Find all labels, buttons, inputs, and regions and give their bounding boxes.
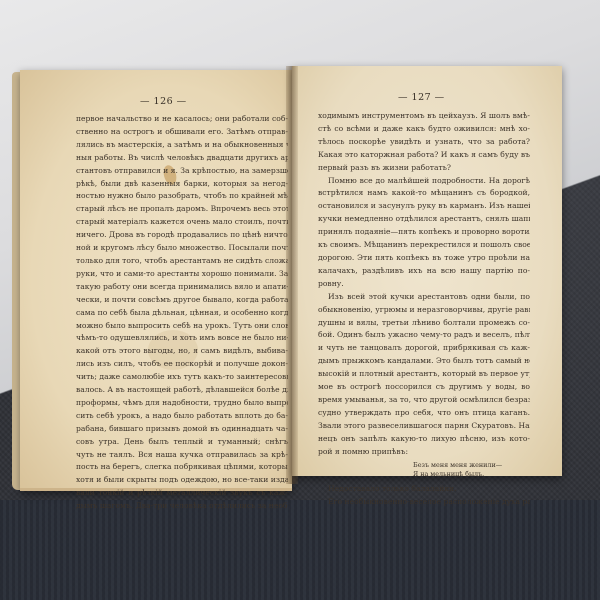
text-line: чить; даже самолюбіе ихъ тутъ какъ-то за… bbox=[76, 371, 288, 384]
page-number-left: — 126 — bbox=[140, 96, 187, 107]
text-line: совъ утра. День былъ теплый и туманный; … bbox=[76, 436, 288, 449]
text-line: ностью нужно было разобрать, чтобъ по кр… bbox=[76, 190, 288, 203]
text-line: рѣкѣ, были двѣ казенныя барки, которыя з… bbox=[76, 178, 288, 191]
text-line: чески, и почти совсѣмъ другое бывало, ко… bbox=[76, 294, 288, 307]
text-line: рой я помню припѣвъ: bbox=[318, 446, 530, 459]
text-line: обыкновенію, угрюмы и неразговорчивы, др… bbox=[318, 304, 530, 317]
text-line: старый матеріалъ кажется очень мало стои… bbox=[76, 216, 288, 229]
text-line: остановился и засунулъ руку въ карманъ. … bbox=[318, 200, 530, 213]
text-line: лялись въ мастерскія, а затѣмъ и на обык… bbox=[76, 139, 288, 152]
page-number-right: — 127 — bbox=[398, 92, 445, 103]
text-line: рабана, бившаго призывъ домой въ одиннад… bbox=[76, 423, 288, 436]
text-line: Изъ всей этой кучки арестантовъ одни был… bbox=[318, 291, 530, 304]
text-line: первый разъ въ жизни работать? bbox=[318, 162, 530, 175]
text-line: старый лѣсъ не пропалъ даромъ. Впрочемъ … bbox=[76, 203, 288, 216]
verse-line: Я на мельницѣ былъ. bbox=[318, 470, 530, 479]
text-line: Какая это каторжная работа? И какъ я сам… bbox=[318, 149, 530, 162]
text-line: какой отъ этого выгоды, но, я самъ видѣл… bbox=[76, 345, 288, 358]
text-line: чѣмъ-то одушевлялись, и хоть имъ вовсе н… bbox=[76, 332, 288, 345]
text-line: можно было выпросить себѣ на урокъ. Тутъ… bbox=[76, 320, 288, 333]
text-line: стѣ со всѣми и даже какъ будто оживился:… bbox=[318, 123, 530, 136]
book-spine-gutter bbox=[286, 66, 298, 484]
text-line: сама по себѣ была дѣльная, цѣнная, и осо… bbox=[76, 307, 288, 320]
text-line: и чуть не танцовалъ дорогой, прибрякивая… bbox=[318, 342, 530, 355]
text-line: руки, что и сами-то арестанты хорошо пон… bbox=[76, 268, 288, 281]
text-line: душны и вялы, третьи лѣниво болтали пром… bbox=[318, 317, 530, 330]
text-line: принялъ подаяніе—пять копѣекъ и проворно… bbox=[318, 226, 530, 239]
leather-foreground bbox=[0, 500, 600, 600]
text-line: пость на берегъ, слегка побрякивая цѣпям… bbox=[76, 461, 288, 474]
text-line: ходимымъ инструментомъ въ цейхаузъ. Я шо… bbox=[318, 110, 530, 123]
text-line: дымъ шагомъ. Два-три человѣка отдѣлились… bbox=[76, 500, 288, 513]
right-page: — 127 — ходимымъ инструментомъ въ цейхау… bbox=[292, 66, 562, 476]
text-line: мое въ острогѣ поссорился съ другимъ у в… bbox=[318, 381, 530, 394]
text-line: ной и кругомъ лѣсу было множество. Посыл… bbox=[76, 242, 288, 255]
text-line: стантовъ отправился и я. За крѣпостью, н… bbox=[76, 165, 288, 178]
verse-line: Безъ меня меня женили— bbox=[318, 461, 530, 470]
text-line: чуть не таялъ. Вся наша кучка отправилас… bbox=[76, 449, 288, 462]
text-line: тѣлось поскорѣе увидѣть и узнать, что за… bbox=[318, 136, 530, 149]
text-line: первое начальство и не касалось; они раб… bbox=[76, 113, 288, 126]
text-line: ственно на острогъ и обшивали его. Затѣм… bbox=[76, 126, 288, 139]
text-line: сить себѣ урокъ, а надо было работать вп… bbox=[76, 410, 288, 423]
text-line: дорогою. Эти пять копѣекъ въ тоже утро п… bbox=[318, 252, 530, 265]
text-line: судно утверждать про себя, что онъ птица… bbox=[318, 407, 530, 420]
text-line: къ своимъ. Мѣщанинъ перекрестился и пошо… bbox=[318, 239, 530, 252]
text-line: ровну. bbox=[318, 278, 530, 291]
left-page: — 126 — первое начальство и не касалось;… bbox=[20, 70, 292, 491]
text-line: Звали этого развеселившагося парня Скура… bbox=[318, 420, 530, 433]
text-line: Помню все до малѣйшей подробности. На до… bbox=[318, 175, 530, 188]
right-page-text: ходимымъ инструментомъ въ цейхаузъ. Я шо… bbox=[318, 110, 530, 509]
text-line: лись изъ силъ, чтобъ ее поскорѣй и получ… bbox=[76, 358, 288, 371]
text-line: дымъ прыжкомъ кандалами. Это былъ тотъ с… bbox=[318, 355, 530, 368]
left-page-text: первое начальство и не касалось; они раб… bbox=[76, 113, 288, 513]
text-line: хотя и были скрыты подъ одеждою, но все-… bbox=[76, 474, 288, 487]
text-line: ныя работы. Въ числѣ человѣкъ двадцати д… bbox=[76, 152, 288, 165]
text-line: кучки немедленно отдѣлился арестантъ, сн… bbox=[318, 213, 530, 226]
text-line: бой. Одинъ былъ ужасно чему-то радъ и ве… bbox=[318, 329, 530, 342]
text-line: время умыванья, за то, что другой осмѣли… bbox=[318, 394, 530, 407]
text-line: высокій и плотный арестантъ, который въ … bbox=[318, 368, 530, 381]
text-line: валось. А въ настоящей работѣ, дѣлавшейс… bbox=[76, 384, 288, 397]
text-line: Недоставало только балалайки. bbox=[318, 483, 530, 496]
text-line: нецъ онъ запѣлъ какую-то лихую пѣсню, из… bbox=[318, 433, 530, 446]
text-line: Его необыкновенно-веселое расположеніе д… bbox=[318, 496, 530, 509]
text-line: такую работу они всегда принимались вяло… bbox=[76, 281, 288, 294]
text-line: ничего. Дрова въ городѣ продавались по ц… bbox=[76, 229, 288, 242]
text-line: встрѣтился намъ какой-то мѣщанинъ съ бор… bbox=[318, 187, 530, 200]
text-line: проформы, чѣмъ для надобности, трудно бы… bbox=[76, 397, 288, 410]
text-line: калачахъ, раздѣливъ ихъ на всю нашу парт… bbox=[318, 265, 530, 278]
text-line: вали тонкій и рѣзкій металлическій звукъ… bbox=[76, 487, 288, 500]
text-line: только для того, чтобъ арестантамъ не си… bbox=[76, 255, 288, 268]
